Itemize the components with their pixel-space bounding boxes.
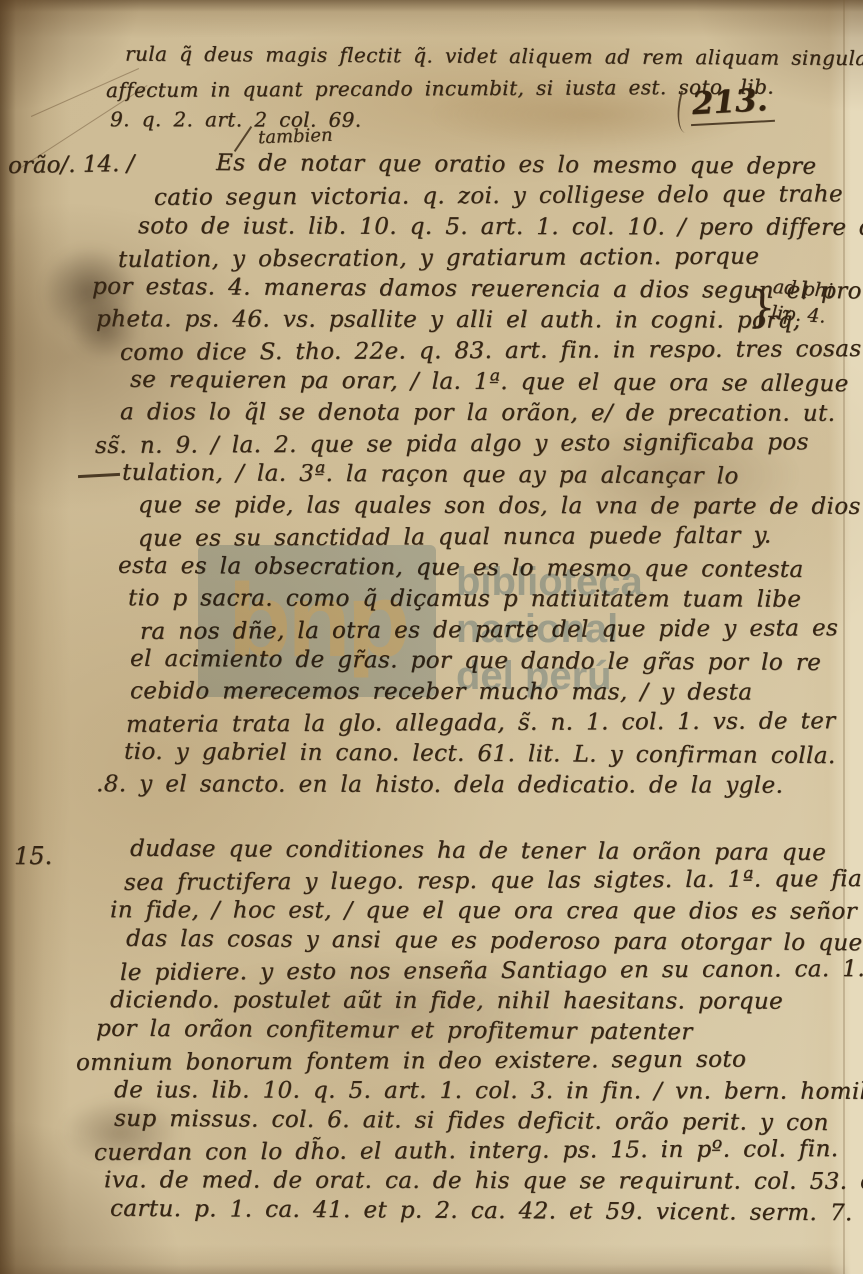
manuscript-line: como dice S. tho. 22e. q. 83. art. fin. … — [120, 336, 860, 371]
manuscript-line: diciendo. postulet aũt in fide, nihil ha… — [110, 987, 858, 1019]
manuscript-line: soto de iust. lib. 10. q. 5. art. 1. col… — [138, 213, 860, 246]
manuscript-line: das las cosas y ansi que es poderoso par… — [126, 926, 858, 960]
manuscript-line: catio segun victoria. q. zoi. y colliges… — [154, 181, 860, 216]
interlinear-insertion: tambien — [258, 125, 333, 149]
manuscript-line: ra nos dñe, la otra es de parte del que … — [140, 615, 860, 650]
manuscript-line: .8. y el sancto. en la histo. dela dedic… — [96, 771, 860, 804]
manuscript-line: iva. de med. de orat. ca. de his que se … — [104, 1167, 858, 1199]
manuscript-line: que es su sanctidad la qual nunca puede … — [138, 522, 860, 557]
manuscript-page: rula q̃ deus magis flectit q̃. videt ali… — [0, 0, 863, 1274]
manuscript-line: rula q̃ deus magis flectit q̃. videt ali… — [125, 42, 863, 79]
manuscript-line: cuerdan con lo dh̃o. el auth. interg. ps… — [94, 1136, 858, 1170]
folio-number: 213. — [689, 82, 774, 126]
manuscript-line: le pidiere. y esto nos enseña Santiago e… — [120, 956, 858, 990]
manuscript-line: pheta. ps. 46. vs. psallite y alli el au… — [96, 306, 860, 339]
manuscript-line: omnium bonorum fontem in deo existere. s… — [76, 1046, 858, 1080]
paragraph-number-15: 15. — [14, 842, 52, 870]
manuscript-line: dudase que conditiones ha de tener la or… — [130, 836, 858, 870]
manuscript-line: el acimiento de gr̃as. por que dando le … — [130, 646, 860, 681]
manuscript-line: tio p sacra. como q̃ diçamus p natiuitat… — [128, 585, 860, 618]
manuscript-line: a dios lo q̃l se denota por la orãon, e/… — [120, 399, 860, 432]
manuscript-line: cartu. p. 1. ca. 41. et p. 2. ca. 42. et… — [110, 1196, 858, 1231]
manuscript-line: de ius. lib. 10. q. 5. art. 1. col. 3. i… — [114, 1077, 858, 1109]
manuscript-line: sea fructifera y luego. resp. que las si… — [124, 866, 858, 900]
manuscript-line: ss̃. n. 9. / la. 2. que se pida algo y e… — [95, 429, 860, 464]
manuscript-line: tio. y gabriel in cano. lect. 61. lit. L… — [124, 739, 860, 774]
paragraph-14: Es de notar que oratio es lo mesmo que d… — [90, 152, 860, 803]
manuscript-line: cebido merecemos receber mucho mas, / y … — [130, 678, 860, 711]
manuscript-line: por la orãon confitemur et profitemur pa… — [96, 1016, 858, 1051]
manuscript-line: materia trata la glo. allegada, s̃. n. 1… — [126, 708, 860, 743]
manuscript-line: que se pide, las quales son dos, la vna … — [138, 492, 860, 525]
manuscript-line: esta es la obsecration, que es lo mesmo … — [118, 553, 860, 589]
manuscript-line: sup missus. col. 6. ait. si fides defici… — [114, 1106, 858, 1141]
manuscript-line: se requieren pa orar, / la. 1ª. que el q… — [130, 367, 860, 402]
manuscript-line: Es de notar que oratio es lo mesmo que d… — [216, 150, 860, 185]
manuscript-line: in fide, / hoc est, / que el que ora cre… — [110, 897, 858, 929]
manuscript-line: tulation, y obsecration, y gratiarum act… — [118, 243, 860, 278]
manuscript-line: tulation, / la. 3ª. la raçon que ay pa a… — [122, 460, 860, 496]
paragraph-15: dudase que conditiones ha de tener la or… — [118, 838, 858, 1228]
manuscript-line: por estas. 4. maneras damos reuerencia a… — [92, 274, 860, 310]
